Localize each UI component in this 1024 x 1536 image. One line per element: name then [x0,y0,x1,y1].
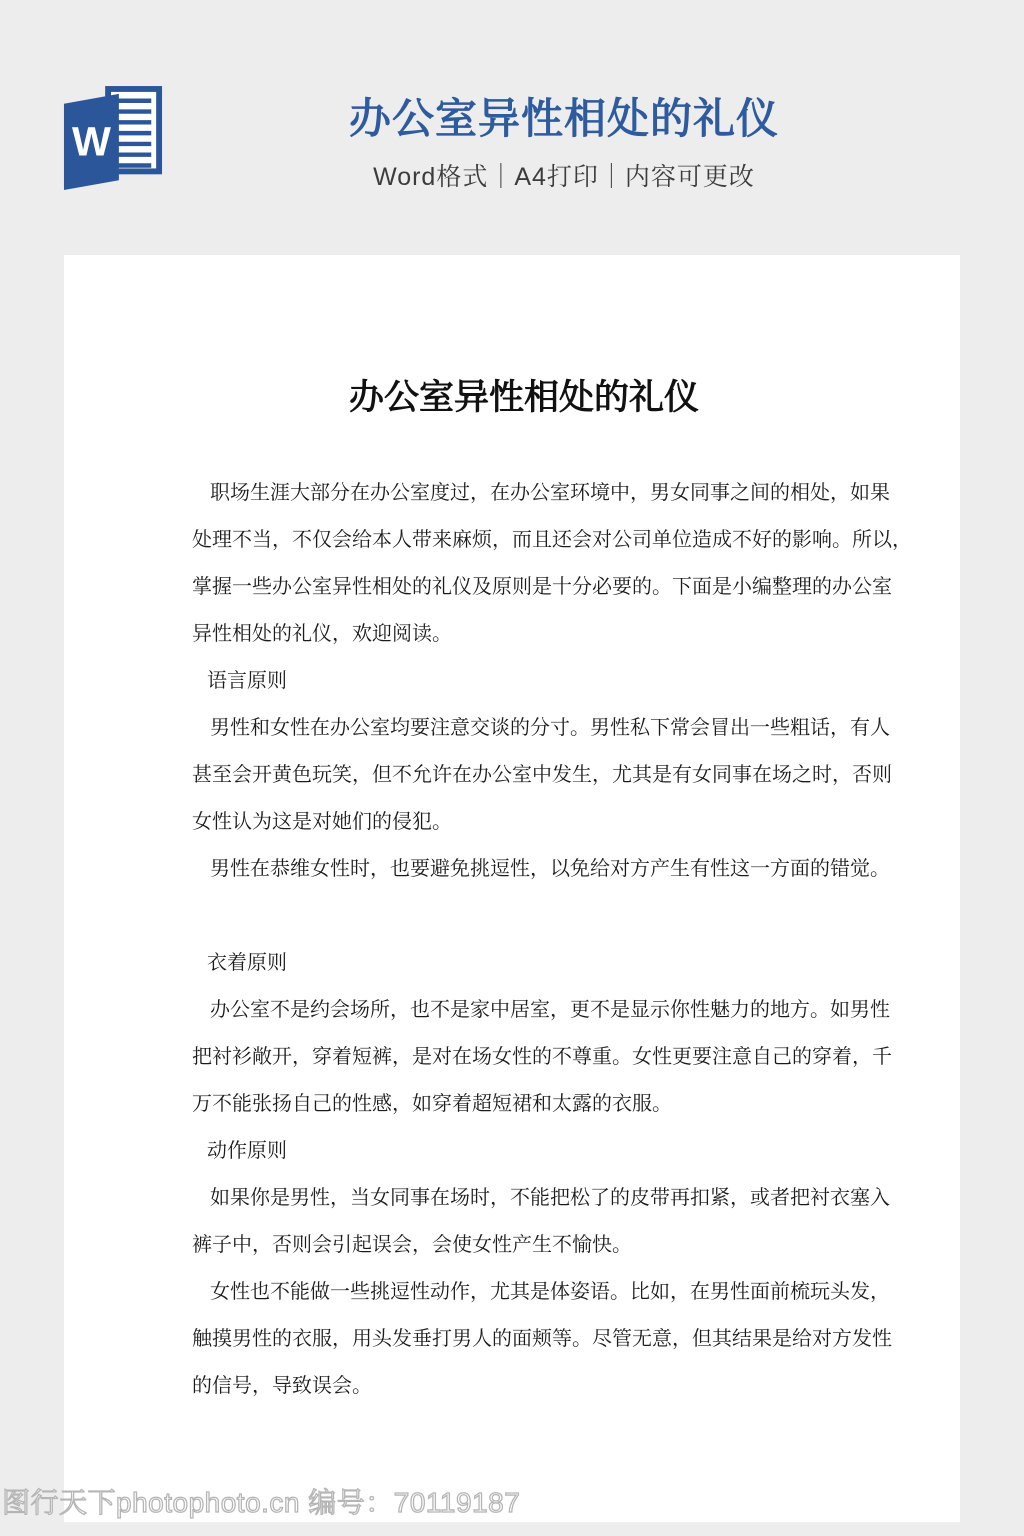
doc-line: 万不能张扬自己的性感，如穿着超短裙和太露的衣服。 [192,1081,856,1128]
doc-line: 办公室不是约会场所，也不是家中居室，更不是显示你性魅力的地方。如男性 [192,987,856,1034]
blank-line [192,893,856,940]
word-icon: W [62,86,164,192]
document-page: 办公室异性相处的礼仪 职场生涯大部分在办公室度过，在办公室环境中，男女同事之间的… [64,255,960,1522]
heading-clothing-principle: 衣着原则 [192,940,856,987]
doc-line: 甚至会开黄色玩笑，但不允许在办公室中发生，尤其是有女同事在场之时，否则 [192,752,856,799]
doc-line: 如果你是男性，当女同事在场时，不能把松了的皮带再扣紧，或者把衬衣塞入 [192,1175,856,1222]
doc-title: 办公室异性相处的礼仪 [192,375,856,420]
doc-line: 处理不当，不仅会给本人带来麻烦，而且还会对公司单位造成不好的影响。所以， [192,517,856,564]
doc-line: 女性也不能做一些挑逗性动作，尤其是体姿语。比如，在男性面前梳玩头发， [192,1269,856,1316]
header-subtitle: Word格式｜A4打印｜内容可更改 [160,157,968,193]
doc-line: 触摸男性的衣服，用头发垂打男人的面颊等。尽管无意，但其结果是给对方发性 [192,1316,856,1363]
header: 办公室异性相处的礼仪 Word格式｜A4打印｜内容可更改 [160,94,968,193]
doc-line: 掌握一些办公室异性相处的礼仪及原则是十分必要的。下面是小编整理的办公室 [192,564,856,611]
doc-line: 裤子中，否则会引起误会，会使女性产生不愉快。 [192,1222,856,1269]
doc-line: 的信号，导致误会。 [192,1363,856,1410]
doc-line: 女性认为这是对她们的侵犯。 [192,799,856,846]
document-content: 办公室异性相处的礼仪 职场生涯大部分在办公室度过，在办公室环境中，男女同事之间的… [192,375,856,1410]
word-icon-svg: W [62,86,164,192]
doc-line: 把衬衫敞开，穿着短裤，是对在场女性的不尊重。女性更要注意自己的穿着，千 [192,1034,856,1081]
heading-action-principle: 动作原则 [192,1128,856,1175]
page-background: W 办公室异性相处的礼仪 Word格式｜A4打印｜内容可更改 办公室异性相处的礼… [0,0,1024,1536]
header-title: 办公室异性相处的礼仪 [160,94,968,144]
doc-line: 异性相处的礼仪，欢迎阅读。 [192,611,856,658]
heading-language-principle: 语言原则 [192,658,856,705]
doc-line: 职场生涯大部分在办公室度过，在办公室环境中，男女同事之间的相处，如果 [192,470,856,517]
doc-line: 男性在恭维女性时，也要避免挑逗性，以免给对方产生有性这一方面的错觉。 [192,846,856,893]
doc-line: 男性和女性在办公室均要注意交谈的分寸。男性私下常会冒出一些粗话，有人 [192,705,856,752]
svg-text:W: W [72,119,111,165]
watermark-text: 图行天下photophoto.cn 编号：70119187 [2,1486,520,1520]
